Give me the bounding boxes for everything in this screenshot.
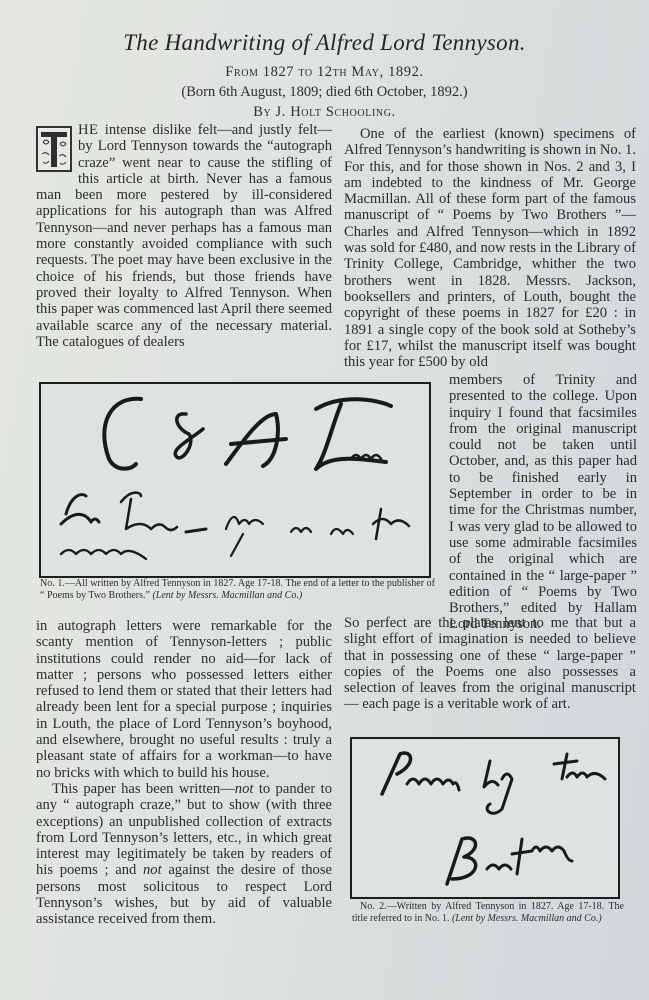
right-paragraph-1: One of the earliest (known) specimens of… bbox=[344, 126, 636, 370]
emphasis-not-2: not bbox=[143, 862, 162, 878]
ornamental-dropcap-icon bbox=[36, 126, 72, 172]
handwriting-poems-by-two-brothers-icon bbox=[352, 739, 618, 897]
figure-1-caption: No. 1.—All written by Alfred Tennyson in… bbox=[40, 578, 435, 601]
emphasis-not-1: not bbox=[235, 781, 254, 797]
right-column-top: One of the earliest (known) specimens of… bbox=[344, 126, 636, 371]
figure-1-credit: (Lent by Messrs. Macmillan and Co.) bbox=[152, 590, 302, 601]
magazine-page: The Handwriting of Alfred Lord Tennyson.… bbox=[0, 0, 649, 1000]
figure-1-handwriting bbox=[39, 382, 431, 578]
left-column-bottom: in autograph letters were remarkable for… bbox=[36, 618, 332, 948]
date-range: From 1827 to 12th May, 1892. bbox=[0, 64, 649, 81]
byline: By J. Holt Schooling. bbox=[0, 104, 649, 121]
intro-text: intense dislike felt—and justly felt—by … bbox=[36, 122, 332, 350]
right-column-narrow: members of Trinity and presented to the … bbox=[449, 372, 637, 633]
right-paragraph-2: So perfect are the plates lent to me tha… bbox=[344, 615, 636, 713]
left-continuation: in autograph letters were remarkable for… bbox=[36, 618, 332, 781]
life-dates: (Born 6th August, 1809; died 6th October… bbox=[0, 84, 649, 101]
para2-part-a: This paper has been written— bbox=[52, 781, 235, 797]
figure-2-handwriting bbox=[350, 737, 620, 899]
right-column-bottom: So perfect are the plates lent to me tha… bbox=[344, 615, 636, 727]
handwriting-c-and-a-tennyson-icon bbox=[41, 384, 429, 576]
left-column-intro: HE intense dislike felt—and justly felt—… bbox=[36, 122, 332, 368]
figure-2-credit: (Lent by Messrs. Macmillan and Co.) bbox=[452, 913, 602, 924]
left-paragraph-2: This paper has been written—not to pande… bbox=[36, 781, 332, 928]
intro-first-word: HE bbox=[78, 122, 98, 138]
article-title: The Handwriting of Alfred Lord Tennyson. bbox=[0, 30, 649, 56]
figure-2-caption: No. 2.—Written by Alfred Tennyson in 182… bbox=[352, 901, 624, 924]
